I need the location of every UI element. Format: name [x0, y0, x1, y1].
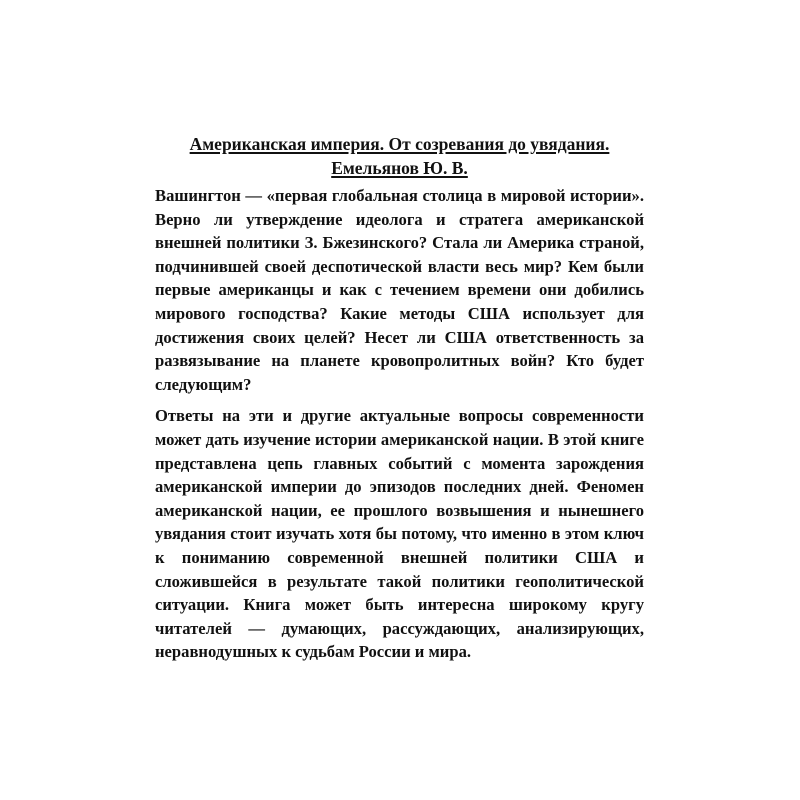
book-author-text: Емельянов Ю. В.	[331, 158, 468, 178]
book-author: Емельянов Ю. В.	[155, 156, 644, 180]
book-title: Американская империя. От созревания до у…	[155, 132, 644, 156]
description-paragraph-1: Вашингтон — «первая глобальная столица в…	[155, 184, 644, 396]
description-paragraph-2: Ответы на эти и другие актуальные вопрос…	[155, 404, 644, 664]
book-description-page: Американская империя. От созревания до у…	[155, 132, 644, 664]
book-title-text: Американская империя. От созревания до у…	[190, 134, 610, 154]
